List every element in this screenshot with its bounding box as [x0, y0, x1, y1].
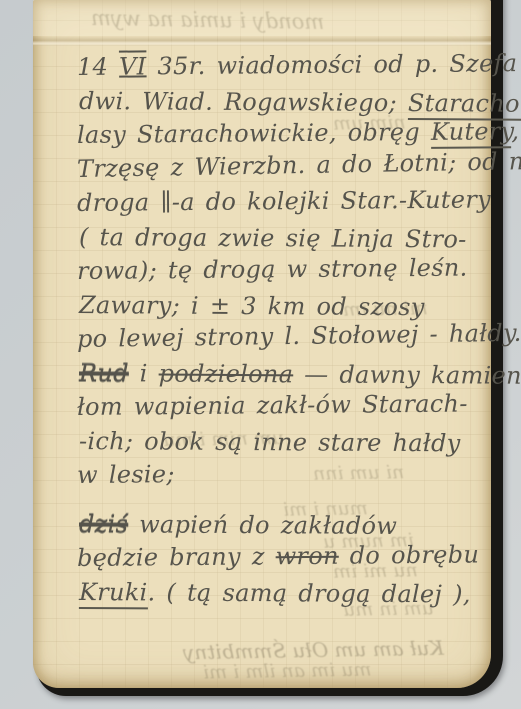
- handwritten-line: w lesie;: [77, 454, 521, 492]
- handwritten-text: droga ∥-a do kolejki Star.-Kutery: [77, 185, 491, 217]
- handwritten-text: lasy Starachowickie, obręg: [77, 118, 431, 149]
- handwritten-line: łom wapienia zakł-ów Starach-: [77, 386, 521, 424]
- handwritten-text: w lesie;: [77, 460, 175, 489]
- handwritten-text: ,: [511, 117, 519, 145]
- handwritten-text: 35r. wiadomości od p. Szefa: [146, 49, 517, 80]
- handwritten-word-strike-heavy: Rud: [79, 359, 129, 387]
- handwritten-text: 14: [77, 53, 119, 81]
- handwritten-word-roman-month: VI: [119, 52, 147, 80]
- handwritten-text: dwi. Wiad. Rogawskiego;: [79, 87, 408, 117]
- ghost-line: Kuł am um Ołu Śmmbitny: [183, 636, 444, 665]
- handwritten-text: -ich; obok są inne stare hałdy: [79, 427, 461, 457]
- handwritten-word-strike: wron: [276, 542, 339, 571]
- handwritten-text: Zawary; i ± 3 km od szosy: [79, 291, 425, 321]
- handwritten-text: do obrębu: [339, 540, 480, 569]
- page-crease: [33, 36, 491, 46]
- handwritten-line: po lewej strony l. Stołowej - hałdy.: [77, 316, 521, 356]
- handwritten-line: będzie brany z wron do obrębu: [77, 537, 521, 575]
- handwritten-text: łom wapienia zakł-ów Starach-: [77, 390, 468, 421]
- handwritten-line: droga ∥-a do kolejki Star.-Kutery: [77, 182, 521, 220]
- handwritten-word-underline: Kruki: [79, 578, 148, 609]
- handwritten-line: Kruki. ( tą samą drogą dalej ),: [79, 575, 521, 612]
- handwritten-text: Trzęsę z Wierzbn. a do Łotni; od niej: [77, 147, 521, 183]
- notebook-page: mondy i umia na wymnim ummi nu imum nim …: [33, 0, 491, 688]
- handwritten-text: wapień do zakładów: [128, 510, 397, 540]
- ghost-line: mondy i umia na wym: [91, 6, 325, 34]
- handwriting-block: 14 VI 35r. wiadomości od p. Szefadwi. Wi…: [77, 50, 521, 609]
- handwritten-word-strike: podzielona: [159, 359, 294, 388]
- handwritten-line: Trzęsę z Wierzbn. a do Łotni; od niej: [77, 144, 521, 186]
- scanned-notebook-photo: mondy i umia na wymnim ummi nu imum nim …: [0, 0, 521, 709]
- handwritten-text: . ( tą samą drogą dalej ),: [147, 578, 470, 608]
- handwritten-text: rowa); tę drogą w stronę leśn.: [77, 254, 468, 285]
- ghost-line: mu im an ilm i mi: [203, 659, 372, 684]
- page-top-strip: [33, 0, 491, 36]
- handwritten-text: i: [129, 359, 159, 387]
- handwritten-text: będzie brany z: [77, 542, 276, 572]
- handwritten-text: ( ta droga zwie się Linja Stro-: [79, 223, 467, 253]
- handwritten-word-strike-heavy: dziś: [79, 510, 128, 538]
- handwritten-line: rowa); tę drogą w stronę leśn.: [77, 250, 521, 288]
- handwritten-line: 14 VI 35r. wiadomości od p. Szefa: [77, 46, 521, 84]
- handwritten-text: po lewej strony l. Stołowej - hałdy.: [77, 319, 521, 353]
